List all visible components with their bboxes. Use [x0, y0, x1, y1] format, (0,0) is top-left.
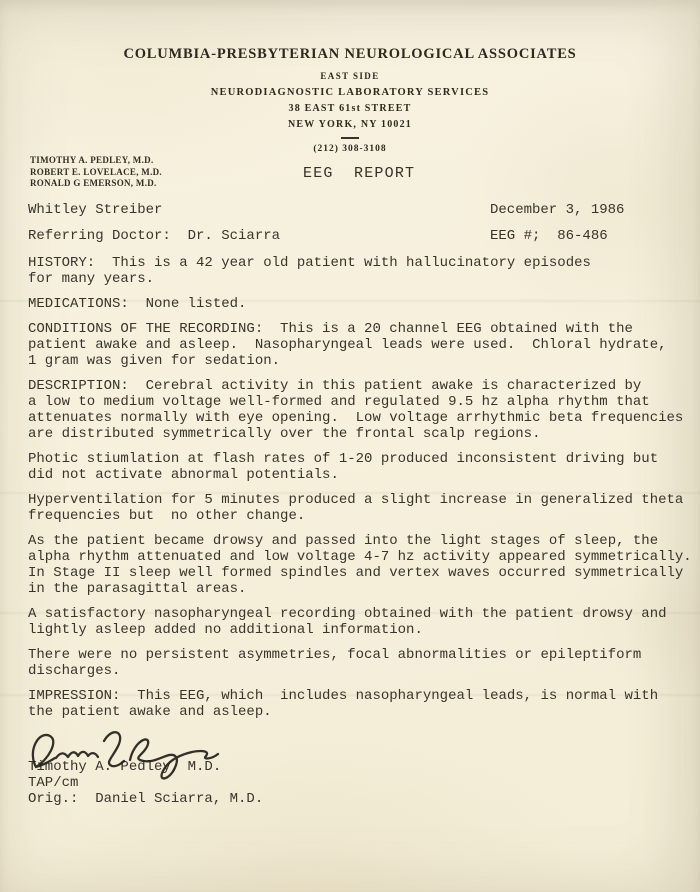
signature-ink: [24, 725, 234, 787]
report-title: EEG REPORT: [303, 165, 415, 182]
conditions-paragraph: CONDITIONS OF THE RECORDING: This is a 2…: [28, 321, 700, 369]
physician-name: TIMOTHY A. PEDLEY, M.D.: [30, 155, 162, 167]
medications-paragraph: MEDICATIONS: None listed.: [28, 296, 700, 312]
physician-name: ROBERT E. LOVELACE, M.D.: [30, 167, 162, 179]
photic-paragraph: Photic stiumlation at flash rates of 1-2…: [28, 451, 700, 483]
referring-eeg-row: Referring Doctor: Dr. Sciarra EEG #; 86-…: [28, 228, 700, 244]
nasopharyngeal-paragraph: A satisfactory nasopharyngeal recording …: [28, 606, 700, 638]
address-street: 38 EAST 61st STREET: [0, 103, 700, 114]
eeg-number: EEG #; 86-486: [490, 228, 700, 244]
physician-list: TIMOTHY A. PEDLEY, M.D. ROBERT E. LOVELA…: [30, 155, 162, 190]
typed-body: Whitley Streiber December 3, 1986 Referr…: [28, 202, 700, 807]
physician-name: RONALD G EMERSON, M.D.: [30, 178, 162, 190]
report-paragraphs: HISTORY: This is a 42 year old patient w…: [28, 255, 700, 720]
orig-recipient: Orig.: Daniel Sciarra, M.D.: [28, 791, 700, 807]
address-divider-rule: [341, 137, 359, 139]
sleep-stages-paragraph: As the patient became drowsy and passed …: [28, 533, 700, 597]
address-city: NEW YORK, NY 10021: [0, 119, 700, 130]
patient-date-row: Whitley Streiber December 3, 1986: [28, 202, 700, 218]
history-paragraph: HISTORY: This is a 42 year old patient w…: [28, 255, 700, 287]
department-name: NEURODIAGNOSTIC LABORATORY SERVICES: [0, 87, 700, 98]
letterhead: COLUMBIA-PRESBYTERIAN NEUROLOGICAL ASSOC…: [0, 0, 700, 154]
phone-number: (212) 308-3108: [0, 144, 700, 154]
report-date: December 3, 1986: [490, 202, 700, 218]
scanned-eeg-report-page: COLUMBIA-PRESBYTERIAN NEUROLOGICAL ASSOC…: [0, 0, 700, 892]
organization-name: COLUMBIA-PRESBYTERIAN NEUROLOGICAL ASSOC…: [0, 46, 700, 63]
asymmetries-paragraph: There were no persistent asymmetries, fo…: [28, 647, 700, 679]
impression-paragraph: IMPRESSION: This EEG, which includes nas…: [28, 688, 700, 720]
description-paragraph: DESCRIPTION: Cerebral activity in this p…: [28, 378, 700, 442]
signature-handwriting: [28, 729, 700, 759]
patient-name: Whitley Streiber: [28, 202, 490, 218]
referring-doctor: Referring Doctor: Dr. Sciarra: [28, 228, 490, 244]
hyperventilation-paragraph: Hyperventilation for 5 minutes produced …: [28, 492, 700, 524]
signature-block: Timothy A. Pedley, M.D. TAP/cm Orig.: Da…: [28, 729, 700, 807]
division-name: EAST SIDE: [0, 71, 700, 81]
